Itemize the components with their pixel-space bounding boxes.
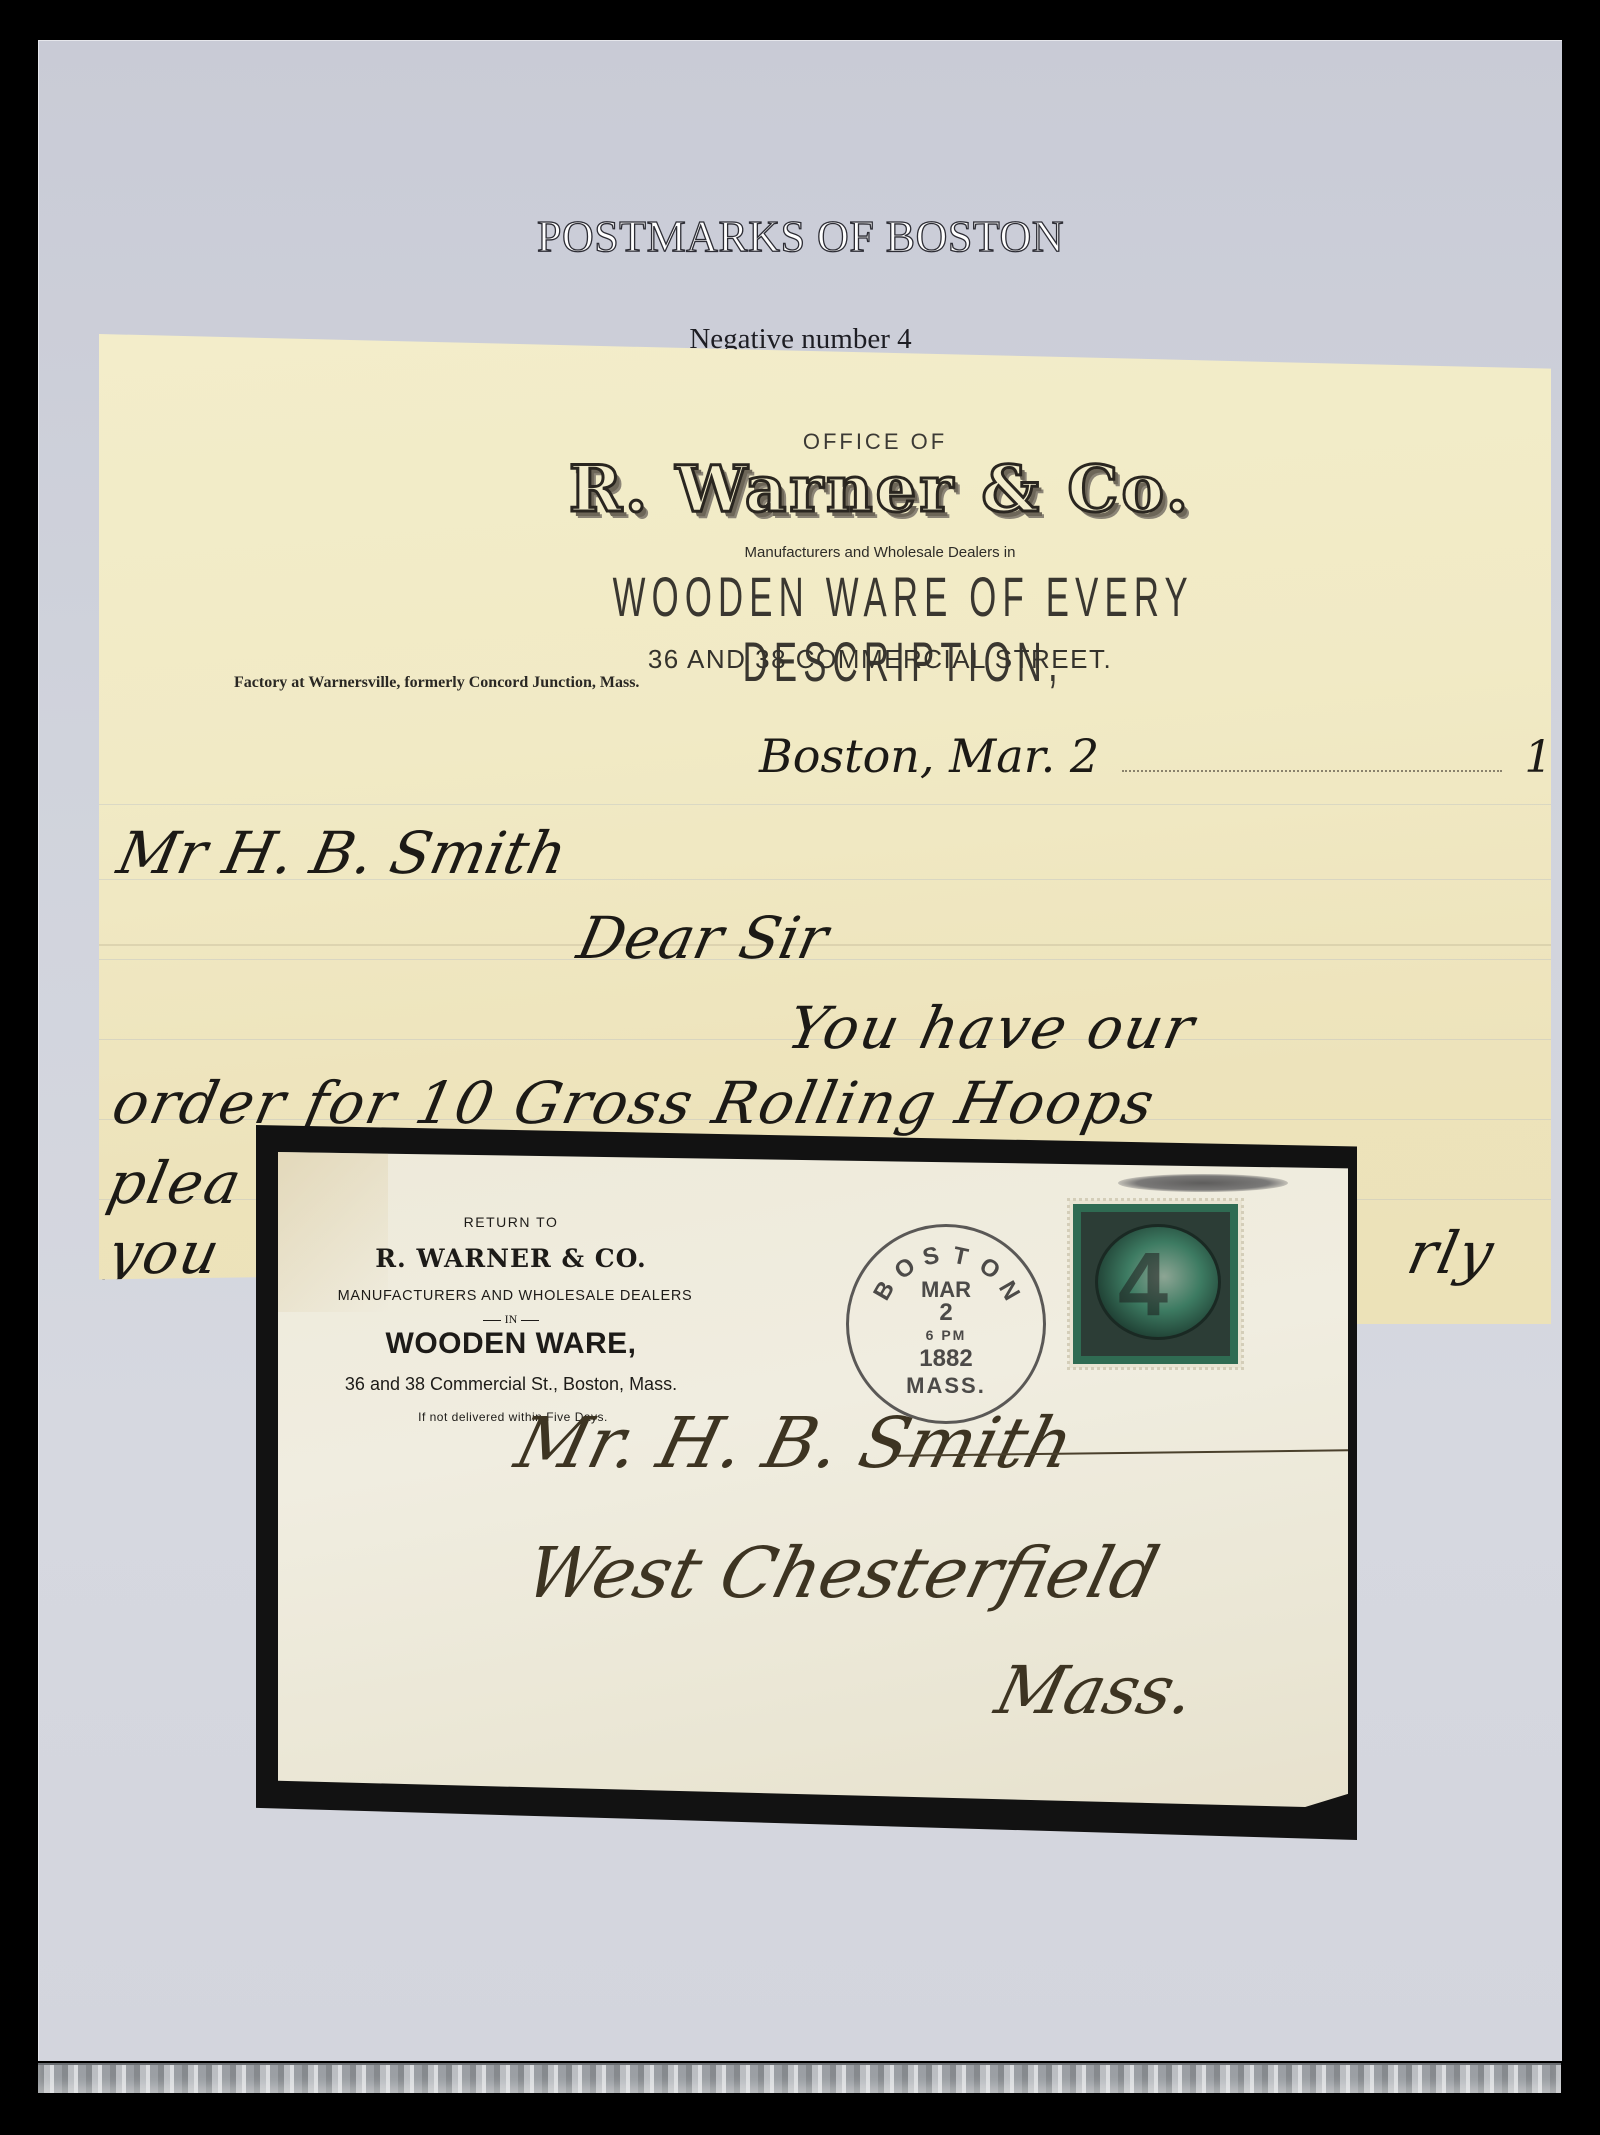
address-state: Mass.	[988, 1652, 1203, 1729]
postage-stamp: 4	[1073, 1204, 1238, 1364]
album-sleeve-edge	[38, 2063, 1561, 2093]
letter-recipient: Mr H. B. Smith	[112, 819, 573, 887]
postmark-city-letter: T	[950, 1241, 970, 1271]
postmark-year: 1882	[849, 1345, 1043, 1373]
letter-greeting: Dear Sir	[572, 904, 834, 972]
letter-body-line: plea	[102, 1149, 249, 1217]
postmark-state: MASS.	[849, 1373, 1043, 1399]
corner-card-manufacturers: MANUFACTURERS AND WHOLESALE DEALERS	[300, 1288, 730, 1304]
corner-card-in: IN	[296, 1312, 726, 1327]
letter-dateline: Boston, Mar. 2 1882	[759, 729, 1600, 783]
dateline-city: Boston,	[759, 729, 935, 783]
corner-card-firm: R. WARNER & CO.	[296, 1244, 726, 1273]
postmark-time: 6 PM	[849, 1327, 1043, 1343]
corner-card-return-to: RETURN TO	[296, 1214, 726, 1230]
envelope-cover: RETURN TO R. WARNER & CO. MANUFACTURERS …	[278, 1152, 1348, 1807]
killer-cancel-smudge	[1118, 1174, 1288, 1192]
address-city: West Chesterfield	[518, 1532, 1167, 1614]
letter-body-line: rly	[1402, 1219, 1502, 1287]
letterhead-firm-name: R. Warner & Co.	[99, 452, 1551, 527]
dateline-date: Mar. 2	[949, 729, 1099, 783]
postmark-city-letter: S	[920, 1241, 941, 1272]
letter-body-line: You have our	[782, 994, 1202, 1062]
dateline-dotted-rule	[1122, 770, 1502, 772]
ruled-line	[99, 959, 1551, 960]
postmark-day: 2	[849, 1299, 1043, 1327]
page-title: POSTMARKS OF BOSTON	[39, 211, 1562, 262]
address-name: Mr. H. B. Smith	[508, 1402, 1082, 1484]
boston-postmark: BOSTON MAR 2 6 PM 1882 MASS.	[846, 1224, 1046, 1424]
ruled-line	[99, 804, 1551, 805]
corner-card-address: 36 and 38 Commercial St., Boston, Mass.	[296, 1374, 726, 1395]
letterhead-factory: Factory at Warnersville, formerly Concor…	[234, 674, 639, 692]
dateline-year: 1882	[1524, 732, 1600, 783]
letterhead-manufacturers: Manufacturers and Wholesale Dealers in	[99, 544, 1551, 561]
stamp-numeral-cancel: 4	[1118, 1234, 1168, 1337]
letterhead-street: 36 AND 38 COMMERCIAL STREET.	[99, 644, 1551, 675]
letter-body-line: you	[102, 1219, 228, 1287]
corner-card-wooden-ware: WOODEN WARE,	[296, 1327, 726, 1361]
